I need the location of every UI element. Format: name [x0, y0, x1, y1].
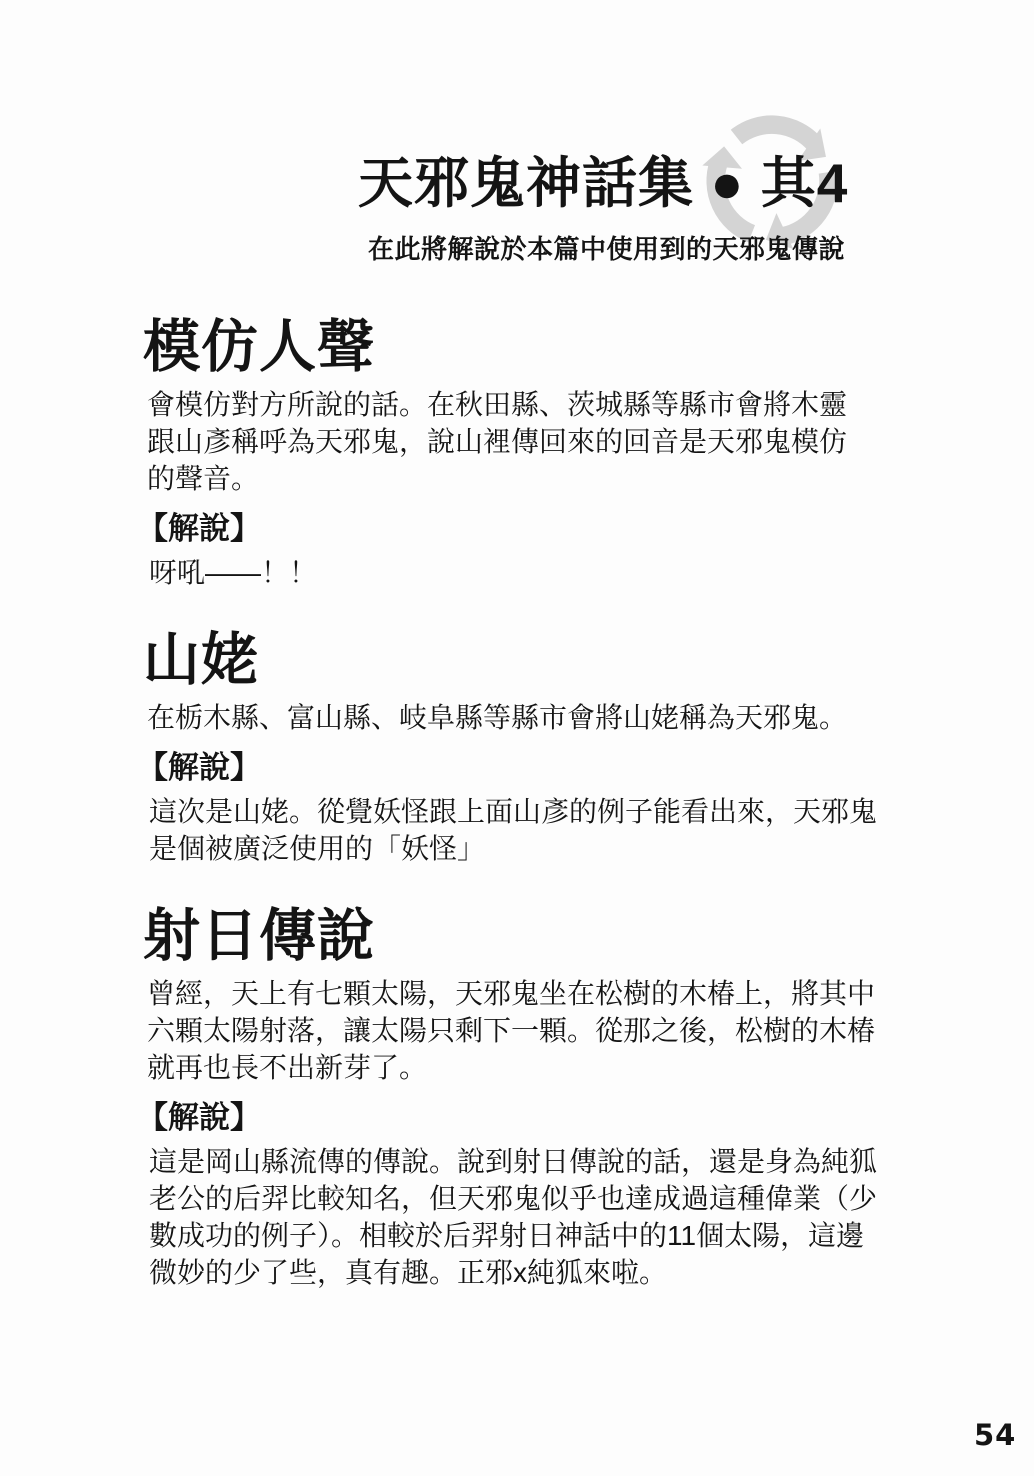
page-number: 54: [974, 1418, 1016, 1452]
section-heading: 模仿人聲: [143, 318, 908, 378]
section-heading: 山姥: [143, 631, 908, 691]
commentary-label: 【解說】: [137, 509, 908, 549]
commentary-label: 【解說】: [137, 1098, 908, 1138]
section-mimic-voice: 模仿人聲 會模仿對方所說的話。在秋田縣、茨城縣等縣市會將木靈 跟山彥稱呼為天邪鬼…: [143, 318, 908, 591]
section-sun-shooting-legend: 射日傳說 曾經，天上有七顆太陽，天邪鬼坐在松樹的木椿上，將其中 六顆太陽射落，讓…: [143, 907, 908, 1291]
page-title: 天邪鬼神話集 ● 其4: [358, 155, 848, 213]
page-subtitle: 在此將解說於本篇中使用到的天邪鬼傳說: [368, 229, 848, 266]
document-page: 天邪鬼神話集 ● 其4 在此將解說於本篇中使用到的天邪鬼傳說 模仿人聲 會模仿對…: [0, 0, 1034, 1476]
section-yamauba: 山姥 在栃木縣、富山縣、岐阜縣等縣市會將山姥稱為天邪鬼。 【解說】 這次是山姥。…: [143, 631, 908, 867]
page-header: 天邪鬼神話集 ● 其4 在此將解說於本篇中使用到的天邪鬼傳說: [358, 155, 848, 266]
section-heading: 射日傳說: [143, 907, 908, 967]
sections-container: 模仿人聲 會模仿對方所說的話。在秋田縣、茨城縣等縣市會將木靈 跟山彥稱呼為天邪鬼…: [143, 318, 908, 1331]
commentary-label: 【解說】: [137, 748, 908, 788]
commentary-text: 這是岡山縣流傳的傳說。說到射日傳說的話，還是身為純狐 老公的后羿比較知名，但天邪…: [149, 1143, 908, 1291]
commentary-text: 這次是山姥。從覺妖怪跟上面山彥的例子能看出來，天邪鬼 是個被廣泛使用的「妖怪」: [149, 793, 908, 867]
section-body: 會模仿對方所說的話。在秋田縣、茨城縣等縣市會將木靈 跟山彥稱呼為天邪鬼，說山裡傳…: [147, 386, 908, 497]
commentary-text: 呀吼——！！: [149, 554, 908, 591]
section-body: 在栃木縣、富山縣、岐阜縣等縣市會將山姥稱為天邪鬼。: [147, 699, 908, 736]
section-body: 曾經，天上有七顆太陽，天邪鬼坐在松樹的木椿上，將其中 六顆太陽射落，讓太陽只剩下…: [147, 975, 908, 1086]
